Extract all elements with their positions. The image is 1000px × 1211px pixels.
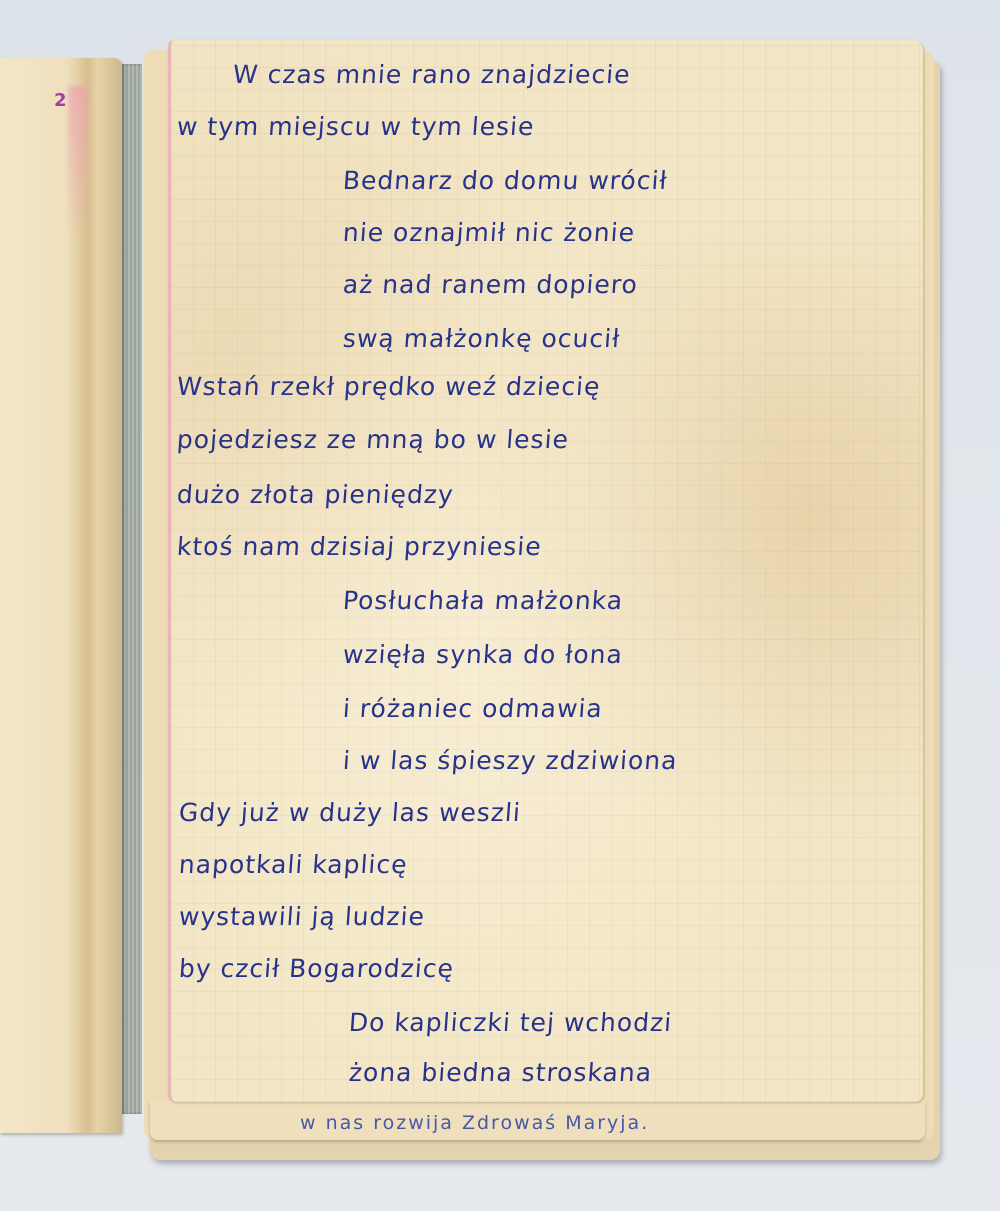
book-spine — [122, 64, 142, 1114]
poem-line: wzięła synka do łona — [342, 640, 624, 669]
poem-line: Gdy już w duży las weszli — [178, 798, 522, 827]
poem-line: wystawili ją ludzie — [178, 902, 426, 931]
poem-line: i w las śpieszy zdziwiona — [342, 746, 679, 775]
poem-line: w tym miejscu w tym lesie — [176, 112, 535, 141]
poem-line: W czas mnie rano znajdziecie — [232, 60, 632, 89]
poem-line: żona biedna stroskana — [348, 1058, 653, 1087]
poem-footer-line: w nas rozwija Zdrowaś Maryja. — [300, 1112, 649, 1134]
ink-smear — [68, 86, 88, 236]
poem-line: pojedziesz ze mną bo w lesie — [176, 425, 570, 454]
poem-line: i różaniec odmawia — [342, 694, 604, 723]
poem-text: W czas mnie rano znajdziecie w tym miejs… — [171, 40, 923, 1102]
poem-line: Posłuchała małżonka — [342, 586, 624, 615]
right-page: W czas mnie rano znajdziecie w tym miejs… — [168, 40, 923, 1102]
poem-line: dużo złota pieniędzy — [176, 480, 455, 509]
poem-line: Bednarz do domu wrócił — [342, 166, 669, 195]
poem-line: Do kapliczki tej wchodzi — [348, 1008, 673, 1037]
poem-line: Wstań rzekł prędko weź dziecię — [176, 372, 602, 401]
poem-line: ktoś nam dzisiaj przyniesie — [176, 532, 543, 561]
poem-line: napotkali kaplicę — [178, 850, 409, 879]
page-number: 2 — [54, 90, 67, 111]
poem-line: nie oznajmił nic żonie — [342, 218, 636, 247]
poem-line: aż nad ranem dopiero — [342, 270, 639, 299]
left-page: 2 — [0, 58, 122, 1133]
poem-line: by czcił Bogarodzicę — [178, 954, 455, 983]
poem-line: swą małżonkę ocucił — [342, 324, 621, 353]
